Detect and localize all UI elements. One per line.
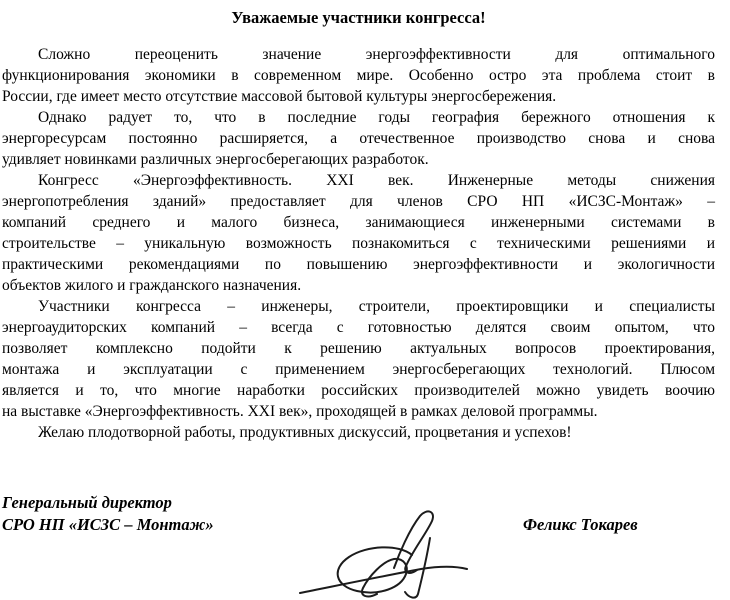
handwritten-signature-icon [295,506,510,600]
paragraph-line: Однако радует то, что в последние годы г… [2,107,715,128]
signature-block: Генеральный директор СРО НП «ИСЗС – Монт… [2,492,214,536]
paragraph-line: позволяет комплексно подойти к решению а… [2,338,715,359]
paragraph: Конгресс «Энергоэффективность. XXI век. … [2,170,715,296]
letter-page: Уважаемые участники конгресса! Сложно пе… [0,0,730,600]
paragraph-line: энергоресурсам постоянно расширяется, а … [2,128,715,149]
paragraph-line: на выставке «Энергоэффективность. XXI ве… [2,401,715,422]
page-title: Уважаемые участники конгресса! [2,0,715,28]
paragraph: Однако радует то, что в последние годы г… [2,107,715,170]
paragraph: Участники конгресса – инженеры, строител… [2,296,715,422]
paragraph-line: является и то, что многие наработки росс… [2,380,715,401]
signatory-organization-line: СРО НП «ИСЗС – Монтаж» [2,514,214,536]
paragraph: Сложно переоценить значение энергоэффект… [2,44,715,107]
paragraph-line: энергопотребления зданий» предоставляет … [2,191,715,212]
paragraph-line: компаний среднего и малого бизнеса, зани… [2,212,715,233]
paragraph: Желаю плодотворной работы, продуктивных … [2,422,715,443]
paragraph-line: Желаю плодотворной работы, продуктивных … [2,422,715,443]
paragraph-line: Участники конгресса – инженеры, строител… [2,296,715,317]
paragraph-line: удивляет новинками различных энергосбере… [2,149,715,170]
letter-body: Уважаемые участники конгресса! Сложно пе… [2,0,715,443]
paragraph-line: энергоаудиторских компаний – всегда с го… [2,317,715,338]
paragraph-line: Сложно переоценить значение энергоэффект… [2,44,715,65]
paragraph-line: практическими рекомендациями по повышени… [2,254,715,275]
paragraph-line: Конгресс «Энергоэффективность. XXI век. … [2,170,715,191]
paragraph-line: монтажа и эксплуатации с применением эне… [2,359,715,380]
paragraph-line: России, где имеет место отсутствие массо… [2,86,715,107]
signatory-role-line: Генеральный директор [2,492,214,514]
paragraph-line: функционирования экономики в современном… [2,65,715,86]
paragraph-line: объектов жилого и гражданского назначени… [2,275,715,296]
signatory-name: Феликс Токарев [523,514,638,536]
paragraph-line: строительстве – уникальную возможность п… [2,233,715,254]
